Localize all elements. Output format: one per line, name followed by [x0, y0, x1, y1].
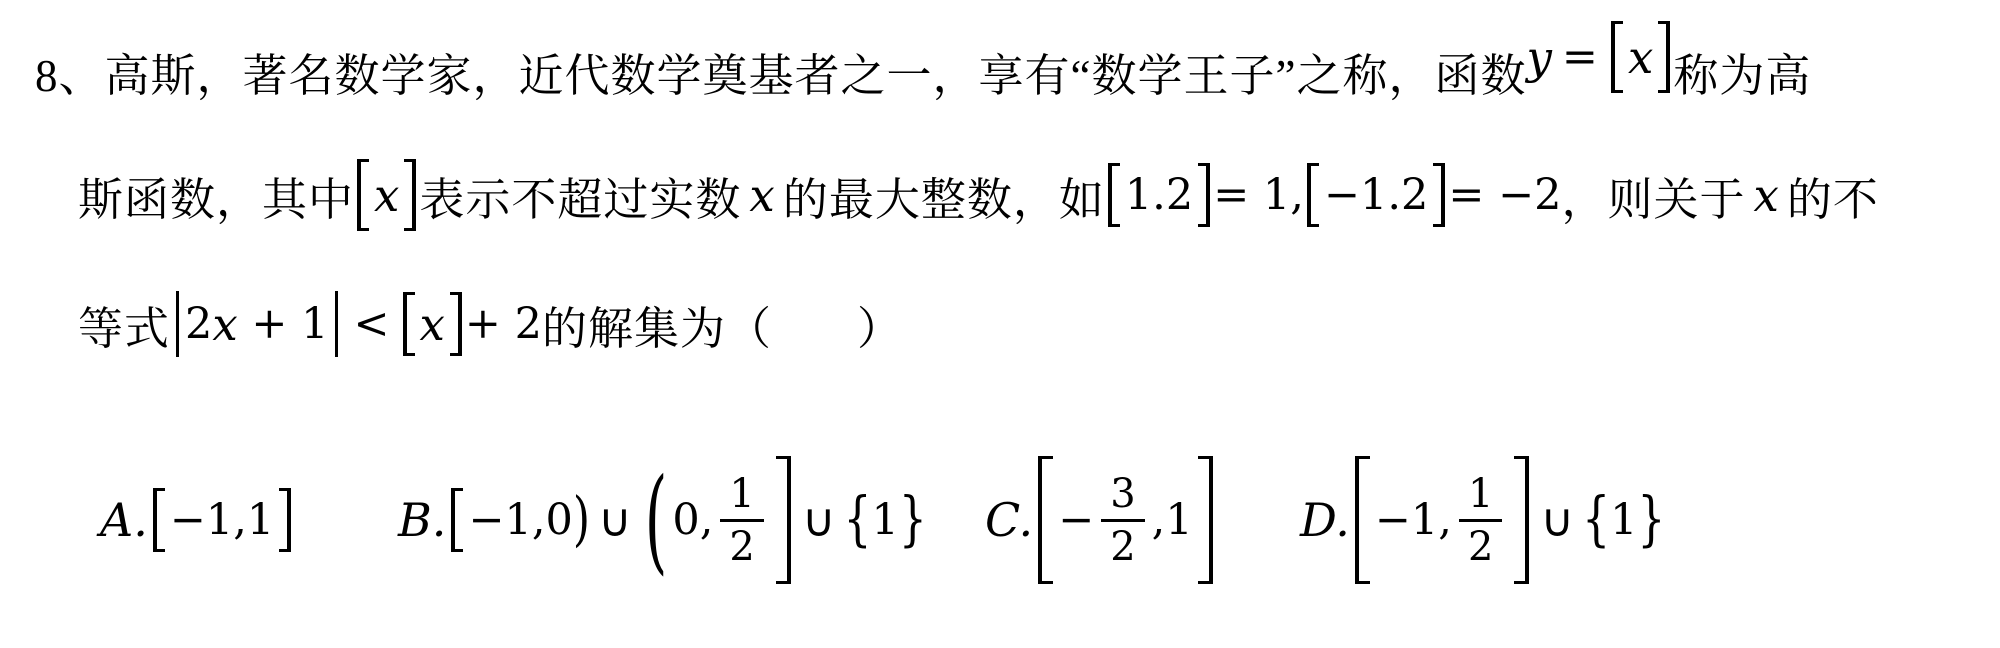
formula-var-y: y — [1526, 31, 1551, 84]
formula-var-x: x — [1628, 31, 1653, 84]
left-floor-bracket — [1611, 21, 1623, 93]
right-floor-bracket — [450, 292, 462, 356]
example-1-result: = 1, — [1213, 170, 1304, 220]
floor-x-notation: x — [400, 292, 465, 356]
floor-var-x: x — [374, 169, 399, 222]
option-a-interval: −1,1 — [170, 495, 274, 545]
fraction-numerator: 1 — [1459, 473, 1502, 522]
right-floor-bracket — [404, 159, 416, 231]
option-b: B. −1,0 ) ∪ ( 0, 1 2 ∪ { 1 } — [398, 440, 927, 600]
answer-paren-close: ） — [857, 292, 903, 357]
line2-text-5: 的不 — [1787, 163, 1879, 228]
less-than-sign: < — [354, 299, 390, 349]
absolute-value-expression: 2 x + 1 — [170, 291, 343, 357]
left-floor-bracket — [1108, 163, 1120, 227]
example-2-value: −1.2 — [1324, 170, 1428, 220]
line3-text-2: 的解集为 — [542, 292, 726, 357]
abs-coefficient: 2 — [185, 299, 212, 349]
big-right-bracket — [1514, 456, 1529, 584]
option-d-start: −1, — [1375, 495, 1452, 545]
fraction-numerator: 3 — [1101, 473, 1144, 522]
left-brace: { — [1582, 490, 1610, 549]
right-brace: } — [899, 490, 927, 549]
fraction-numerator: 1 — [720, 473, 763, 522]
left-bracket — [451, 488, 463, 552]
union-symbol: ∪ — [802, 493, 836, 547]
right-floor-bracket — [1658, 21, 1670, 93]
big-left-bracket — [1038, 456, 1053, 584]
option-d-label: D. — [1300, 493, 1350, 547]
set-value: 1 — [1610, 495, 1637, 545]
option-b-interval-1: −1,0 — [468, 495, 572, 545]
floor-example-1: 1.2 — [1105, 163, 1213, 227]
fraction-denominator: 2 — [729, 522, 754, 568]
problem-line-1: 8、 高斯，著名数学家，近代数学奠基者之一，享有“数学王子”之称，函数 y = … — [35, 28, 1811, 114]
option-c-rest: ,1 — [1152, 495, 1193, 545]
inline-var-x: x — [749, 169, 774, 222]
inline-var-x: x — [1753, 169, 1778, 222]
left-floor-bracket — [1307, 163, 1319, 227]
inequality-tail: + 2 — [465, 299, 542, 349]
minus-sign: − — [1058, 495, 1094, 545]
line2-text-3: 的最大整数，如 — [783, 163, 1105, 228]
equals-sign: = — [1562, 32, 1598, 82]
problem-line-2: 斯函数，其中 x 表示不超过实数 x 的最大整数，如 1.2 = 1, −1.2… — [78, 148, 1879, 242]
left-bracket — [153, 488, 165, 552]
set-value: 1 — [872, 495, 899, 545]
option-b-interval-2-start: 0, — [672, 495, 713, 545]
example-2-result: = −2 — [1448, 170, 1561, 220]
abs-bar-right — [335, 291, 338, 357]
union-symbol: ∪ — [1540, 493, 1574, 547]
right-floor-bracket — [1433, 163, 1445, 227]
right-floor-bracket — [1198, 163, 1210, 227]
line2-text-1: 斯函数，其中 — [78, 163, 354, 228]
abs-bar-left — [176, 291, 179, 357]
fraction-one-half: 1 2 — [1459, 473, 1502, 568]
right-brace: } — [1637, 490, 1665, 549]
line1-text-1: 高斯，著名数学家，近代数学奠基者之一，享有“数学王子”之称，函数 — [105, 39, 1527, 104]
fraction-three-halves: 3 2 — [1101, 473, 1144, 568]
fraction-denominator: 2 — [1110, 522, 1135, 568]
floor-var-x: x — [420, 298, 445, 351]
big-left-paren: ( — [645, 463, 668, 576]
right-paren: ) — [573, 490, 590, 549]
left-floor-bracket — [403, 292, 415, 356]
option-a: A. −1,1 — [100, 440, 294, 600]
union-symbol: ∪ — [598, 493, 632, 547]
options-row: A. −1,1 B. −1,0 ) ∪ ( 0, 1 2 ∪ { 1 } C. — [0, 440, 2000, 600]
big-left-bracket — [1355, 456, 1370, 584]
example-1-value: 1.2 — [1125, 170, 1193, 220]
answer-paren-open: （ — [726, 292, 772, 357]
left-brace: { — [844, 490, 872, 549]
option-c-label: C. — [985, 493, 1033, 547]
option-a-label: A. — [100, 493, 148, 547]
floor-x-notation: x — [354, 159, 419, 231]
right-bracket — [279, 488, 291, 552]
abs-var-x: x — [212, 298, 237, 351]
gauss-function-formula: y = x — [1526, 21, 1673, 93]
big-right-bracket — [1198, 456, 1213, 584]
option-b-label: B. — [398, 493, 446, 547]
line3-text-1: 等式 — [78, 292, 170, 357]
line2-text-2: 表示不超过实数 — [419, 163, 741, 228]
option-d: D. −1, 1 2 ∪ { 1 } — [1300, 440, 1665, 600]
fraction-denominator: 2 — [1468, 522, 1493, 568]
line2-text-4: ，则关于 — [1561, 163, 1745, 228]
line1-text-2: 称为高 — [1673, 39, 1811, 104]
option-c: C. − 3 2 ,1 — [985, 440, 1216, 600]
left-floor-bracket — [357, 159, 369, 231]
fraction-one-half: 1 2 — [720, 473, 763, 568]
exam-question-page: 8、 高斯，著名数学家，近代数学奠基者之一，享有“数学王子”之称，函数 y = … — [0, 0, 2000, 648]
floor-example-2: −1.2 — [1304, 163, 1448, 227]
abs-rest: + 1 — [238, 299, 329, 349]
big-right-bracket — [776, 456, 791, 584]
problem-line-3: 等式 2 x + 1 < x + 2 的解集为 （ ） — [78, 282, 903, 366]
problem-number: 8、 — [35, 39, 105, 104]
